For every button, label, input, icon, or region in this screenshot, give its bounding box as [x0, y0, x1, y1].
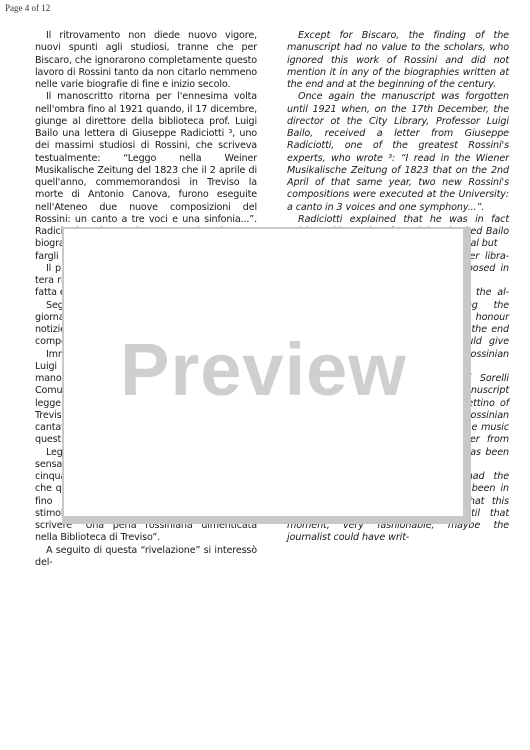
preview-watermark-label: Preview: [120, 327, 407, 412]
paragraph: Except for Biscaro, the finding of the m…: [287, 30, 509, 91]
preview-overlay: Preview: [62, 227, 471, 524]
paragraph: A seguito di questa “rivelazione” si int…: [35, 545, 257, 570]
paragraph: Once again the manuscript was forgotten …: [287, 91, 509, 214]
page-indicator: Page 4 of 12: [5, 3, 50, 13]
paragraph: Il ritrovamento non diede nuovo vigore, …: [35, 30, 257, 91]
